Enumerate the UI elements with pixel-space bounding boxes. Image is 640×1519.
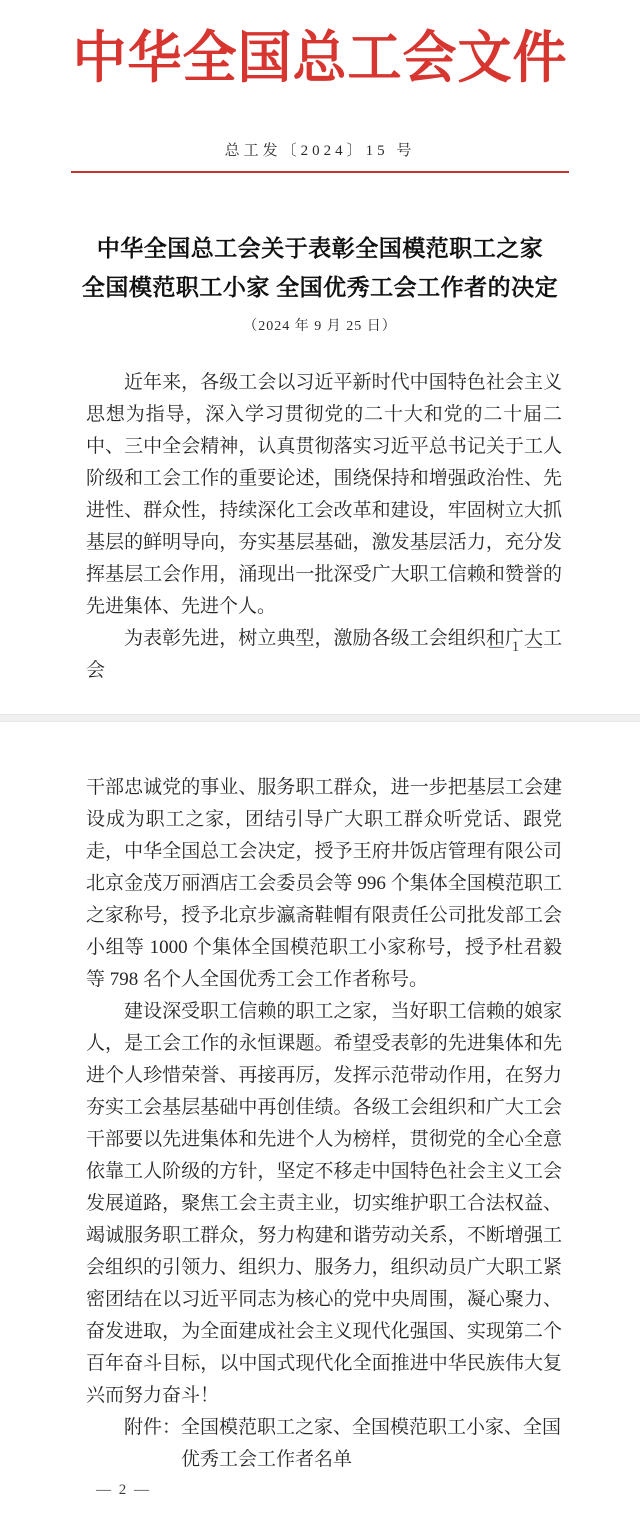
- red-divider-rule: [71, 171, 569, 173]
- document-masthead: 中华全国总工会文件: [0, 0, 640, 102]
- attachment-label: 附件：: [124, 1417, 181, 1438]
- document-number: 总工发〔2024〕15 号: [0, 140, 640, 162]
- page-divider: [0, 714, 640, 722]
- document-date: （2024 年 9 月 25 日）: [0, 317, 640, 337]
- document-title-line-2: 全国模范职工小家 全国优秀工会工作者的决定: [0, 268, 640, 307]
- paragraph-1: 近年来，各级工会以习近平新时代中国特色社会主义思想为指导，深入学习贯彻党的二十大…: [86, 367, 562, 623]
- document-page-2: 干部忠诚党的事业、服务职工群众，进一步把基层工会建设成为职工之家，团结引导广大职…: [0, 722, 640, 1519]
- attachment-text: 全国模范职工之家、全国模范职工小家、全国优秀工会工作者名单: [181, 1417, 561, 1470]
- paragraph-3: 建设深受职工信赖的职工之家，当好职工信赖的娘家人，是工会工作的永恒课题。希望受表…: [86, 996, 562, 1412]
- document-title: 中华全国总工会关于表彰全国模范职工之家 全国模范职工小家 全国优秀工会工作者的决…: [0, 229, 640, 307]
- page-2-body: 干部忠诚党的事业、服务职工群众，进一步把基层工会建设成为职工之家，团结引导广大职…: [86, 772, 562, 1476]
- document-viewer: 中华全国总工会文件 总工发〔2024〕15 号 中华全国总工会关于表彰全国模范职…: [0, 0, 640, 1519]
- document-title-line-1: 中华全国总工会关于表彰全国模范职工之家: [0, 229, 640, 268]
- page-number-1: — 1 —: [489, 639, 544, 656]
- paragraph-2-continued: 干部忠诚党的事业、服务职工群众，进一步把基层工会建设成为职工之家，团结引导广大职…: [86, 772, 562, 996]
- page-number-2: — 2 —: [96, 1482, 151, 1499]
- document-page-1: 中华全国总工会文件 总工发〔2024〕15 号 中华全国总工会关于表彰全国模范职…: [0, 0, 640, 714]
- attachment-note: 附件：全国模范职工之家、全国模范职工小家、全国优秀工会工作者名单: [86, 1412, 562, 1476]
